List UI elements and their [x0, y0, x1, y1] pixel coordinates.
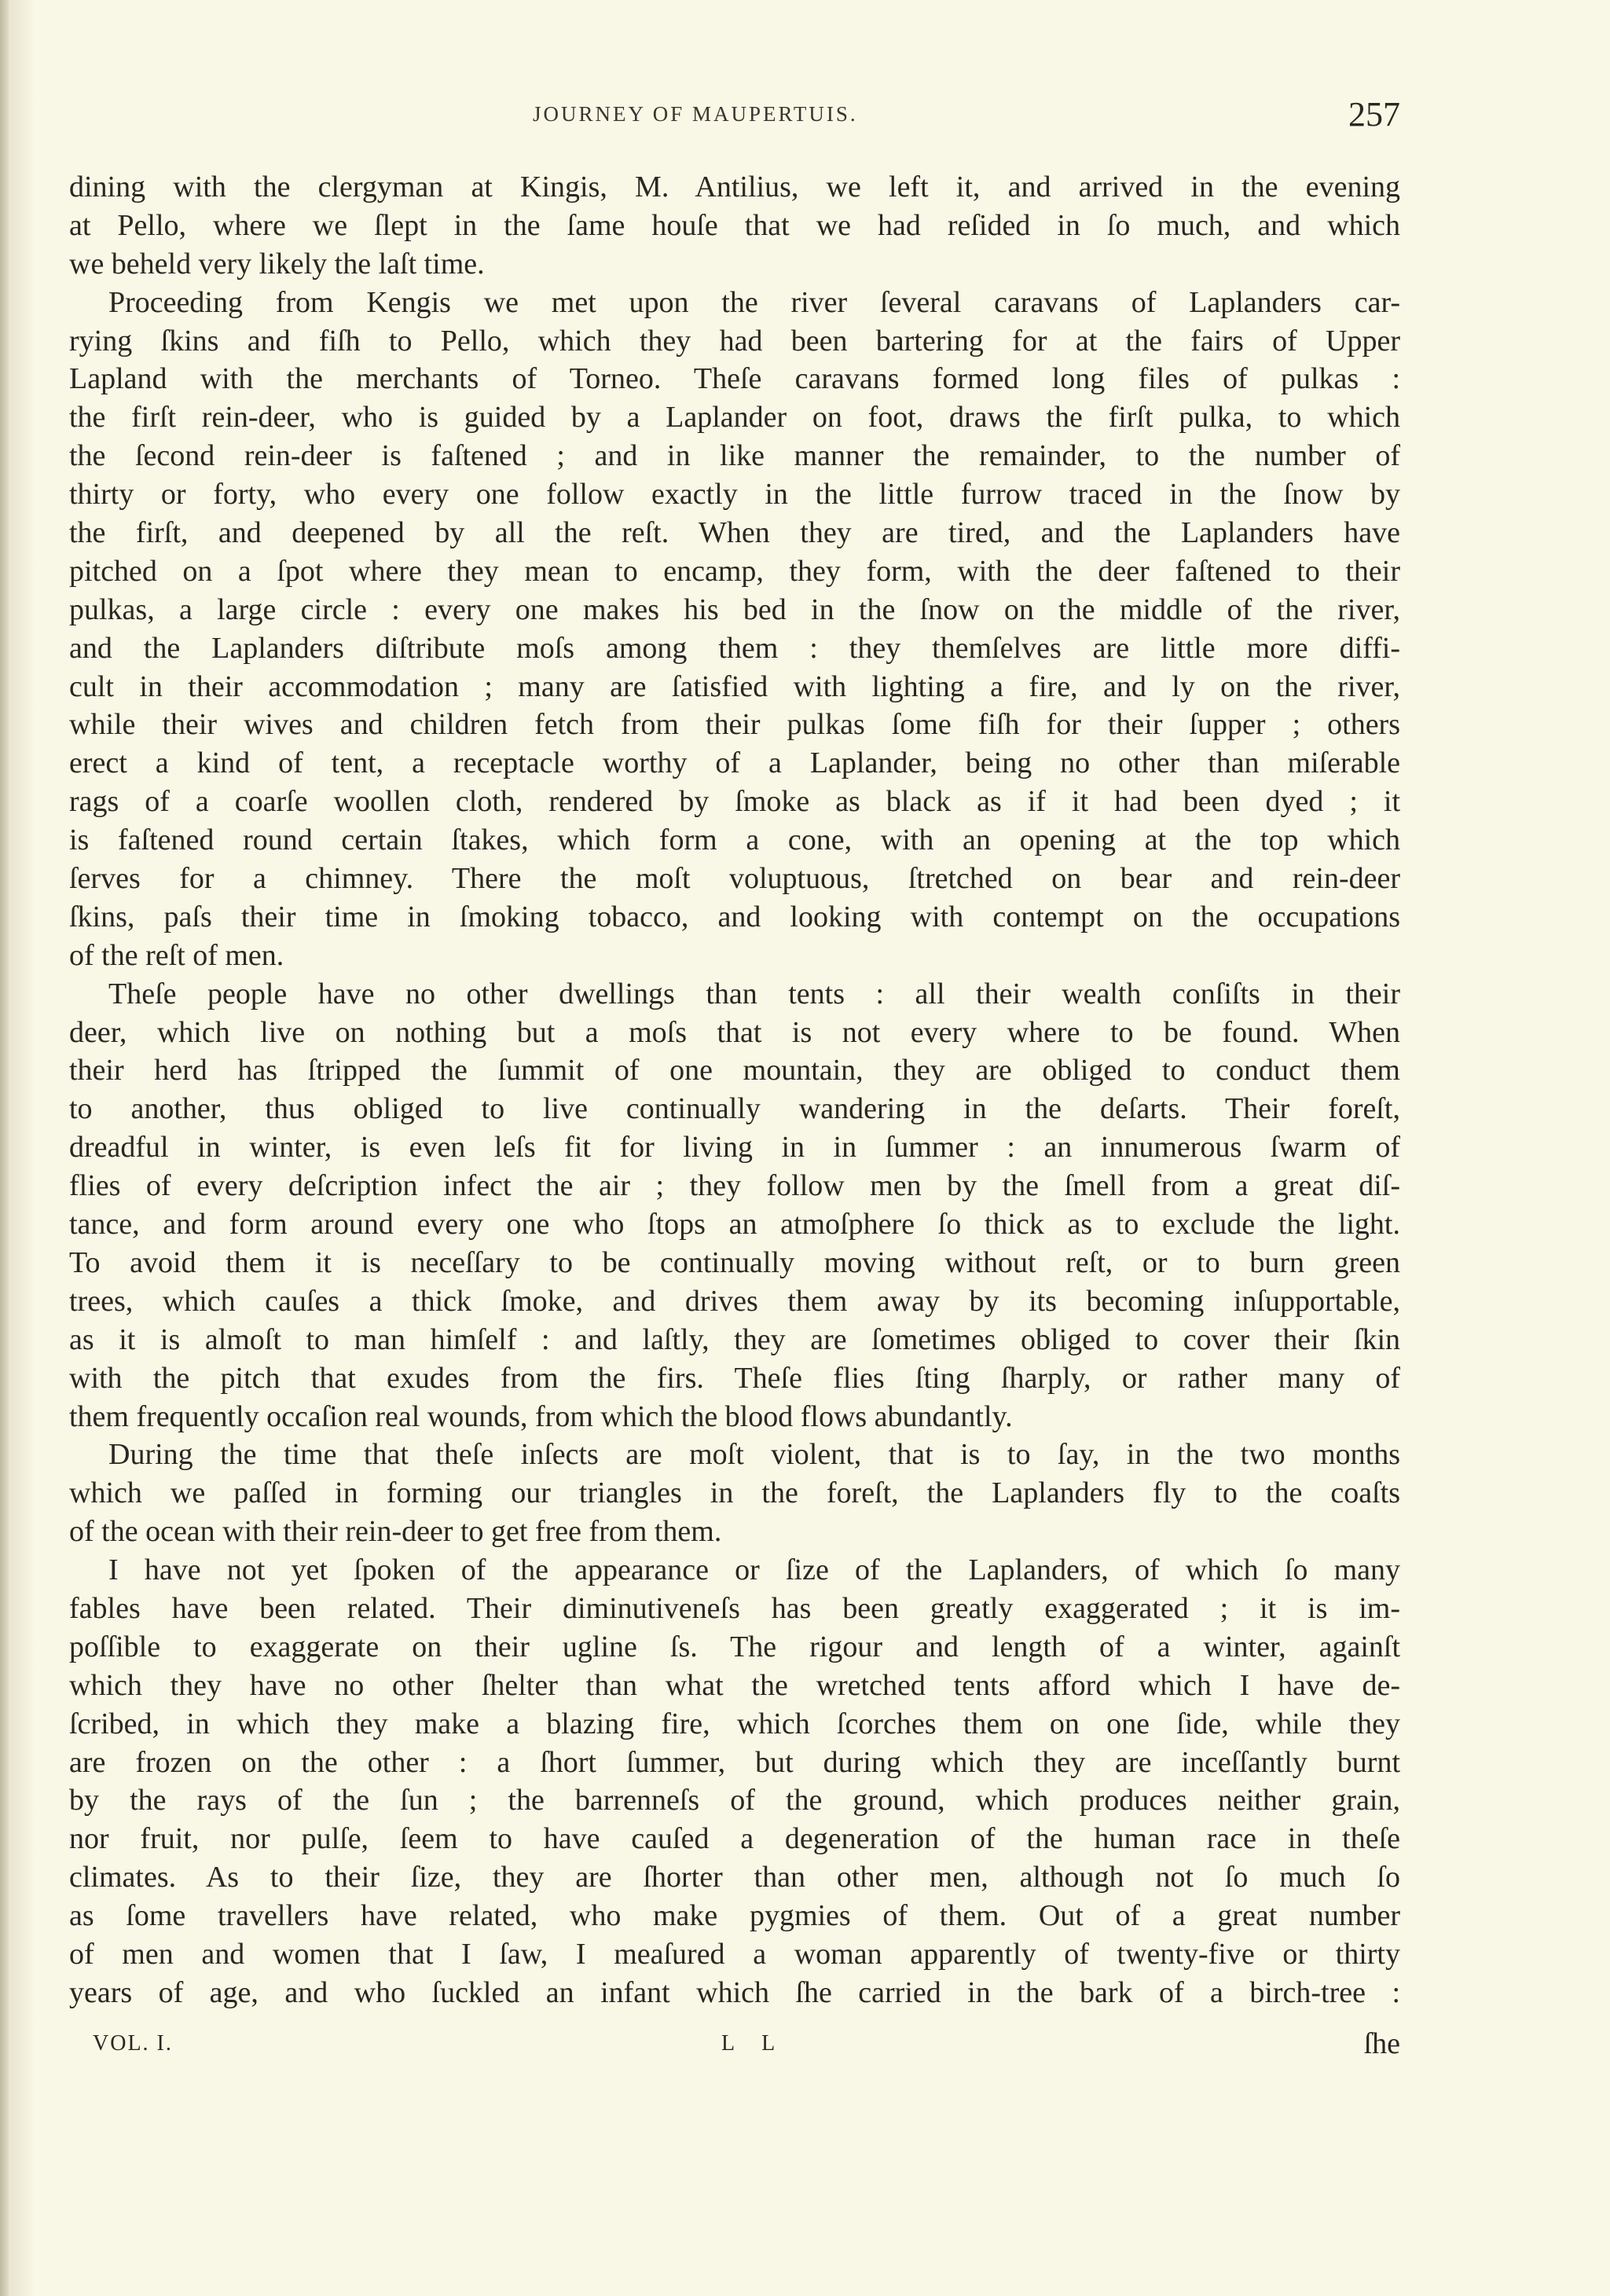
text-line: To avoid them it is neceſſary to be cont… [69, 1244, 1400, 1282]
text-line: as it is almoſt to man himſelf : and laſ… [69, 1321, 1400, 1359]
text-line: pulkas, a large circle : every one makes… [69, 591, 1400, 629]
catchword: ſhe [1364, 2026, 1400, 2061]
text-line: flies of every deſcription infect the ai… [69, 1167, 1400, 1205]
text-line: cult in their accommodation ; many are ſ… [69, 668, 1400, 706]
page-edge [0, 0, 11, 2296]
text-line: at Pello, where we ſlept in the ſame hou… [69, 207, 1400, 245]
text-line: which we paſſed in forming our triangles… [69, 1474, 1400, 1513]
text-line: thirty or forty, who every one follow ex… [69, 475, 1400, 514]
text-line: nor fruit, nor pulſe, ſeem to have cauſe… [69, 1820, 1400, 1858]
text-line: is faſtened round certain ſtakes, which … [69, 821, 1400, 860]
text-line: and the Laplanders diſtribute moſs among… [69, 629, 1400, 668]
text-line: to another, thus obliged to live continu… [69, 1090, 1400, 1128]
text-line: of the reſt of men. [69, 937, 1400, 975]
text-line: Theſe people have no other dwellings tha… [69, 975, 1400, 1014]
gutter-shadow [11, 0, 35, 2296]
text-line: while their wives and children fetch fro… [69, 706, 1400, 744]
text-line: rying ſkins and fiſh to Pello, which the… [69, 322, 1400, 361]
text-line: fables have been related. Their diminuti… [69, 1590, 1400, 1628]
text-line: the firſt rein-deer, who is guided by a … [69, 398, 1400, 437]
running-head-title: JOURNEY OF MAUPERTUIS. [533, 102, 858, 127]
text-line: Proceeding from Kengis we met upon the r… [69, 284, 1400, 322]
text-line: climates. As to their ſize, they are ſho… [69, 1858, 1400, 1897]
signature-mark: L L [721, 2031, 786, 2056]
text-line: years of age, and who ſuckled an infant … [69, 1974, 1400, 2012]
text-line: rags of a coarſe woollen cloth, rendered… [69, 783, 1400, 821]
text-line: trees, which cauſes a thick ſmoke, and d… [69, 1282, 1400, 1321]
volume-mark: VOL. I. [93, 2031, 173, 2056]
text-line: the firſt, and deepened by all the reſt.… [69, 514, 1400, 552]
text-line: deer, which live on nothing but a moſs t… [69, 1014, 1400, 1052]
page-number: 257 [1348, 94, 1400, 134]
text-line: the ſecond rein-deer is faſtened ; and i… [69, 437, 1400, 475]
text-line: of the ocean with their rein-deer to get… [69, 1513, 1400, 1551]
text-line: ſcribed, in which they make a blazing fi… [69, 1705, 1400, 1744]
text-line: of men and women that I ſaw, I meaſured … [69, 1935, 1400, 1974]
text-line: erect a kind of tent, a receptacle worth… [69, 744, 1400, 783]
page-footer: VOL. I. L L ſhe [69, 2031, 1400, 2070]
text-line: as ſome travellers have related, who mak… [69, 1897, 1400, 1935]
text-line: by the rays of the ſun ; the barrenneſs … [69, 1781, 1400, 1820]
text-line: their herd has ſtripped the ſummit of on… [69, 1051, 1400, 1090]
running-head: JOURNEY OF MAUPERTUIS. 257 [69, 102, 1400, 134]
text-line: During the time that theſe inſects are m… [69, 1436, 1400, 1474]
text-line: are frozen on the other : a ſhort ſummer… [69, 1744, 1400, 1782]
text-line: pitched on a ſpot where they mean to enc… [69, 552, 1400, 591]
text-line: with the pitch that exudes from the firs… [69, 1359, 1400, 1398]
text-line: I have not yet ſpoken of the appearance … [69, 1551, 1400, 1590]
body-text: dining with the clergyman at Kingis, M. … [69, 168, 1400, 2012]
text-line: them frequently occaſion real wounds, fr… [69, 1398, 1400, 1436]
text-line: dreadful in winter, is even leſs fit for… [69, 1128, 1400, 1167]
text-line: we beheld very likely the laſt time. [69, 245, 1400, 284]
text-line: poſſible to exaggerate on their ugline ſ… [69, 1628, 1400, 1667]
text-line: ſerves for a chimney. There the moſt vol… [69, 860, 1400, 898]
text-line: which they have no other ſhelter than wh… [69, 1667, 1400, 1705]
text-line: Lapland with the merchants of Torneo. Th… [69, 360, 1400, 398]
text-line: tance, and form around every one who ſto… [69, 1205, 1400, 1244]
text-line: dining with the clergyman at Kingis, M. … [69, 168, 1400, 207]
text-line: ſkins, paſs their time in ſmoking tobacc… [69, 898, 1400, 937]
